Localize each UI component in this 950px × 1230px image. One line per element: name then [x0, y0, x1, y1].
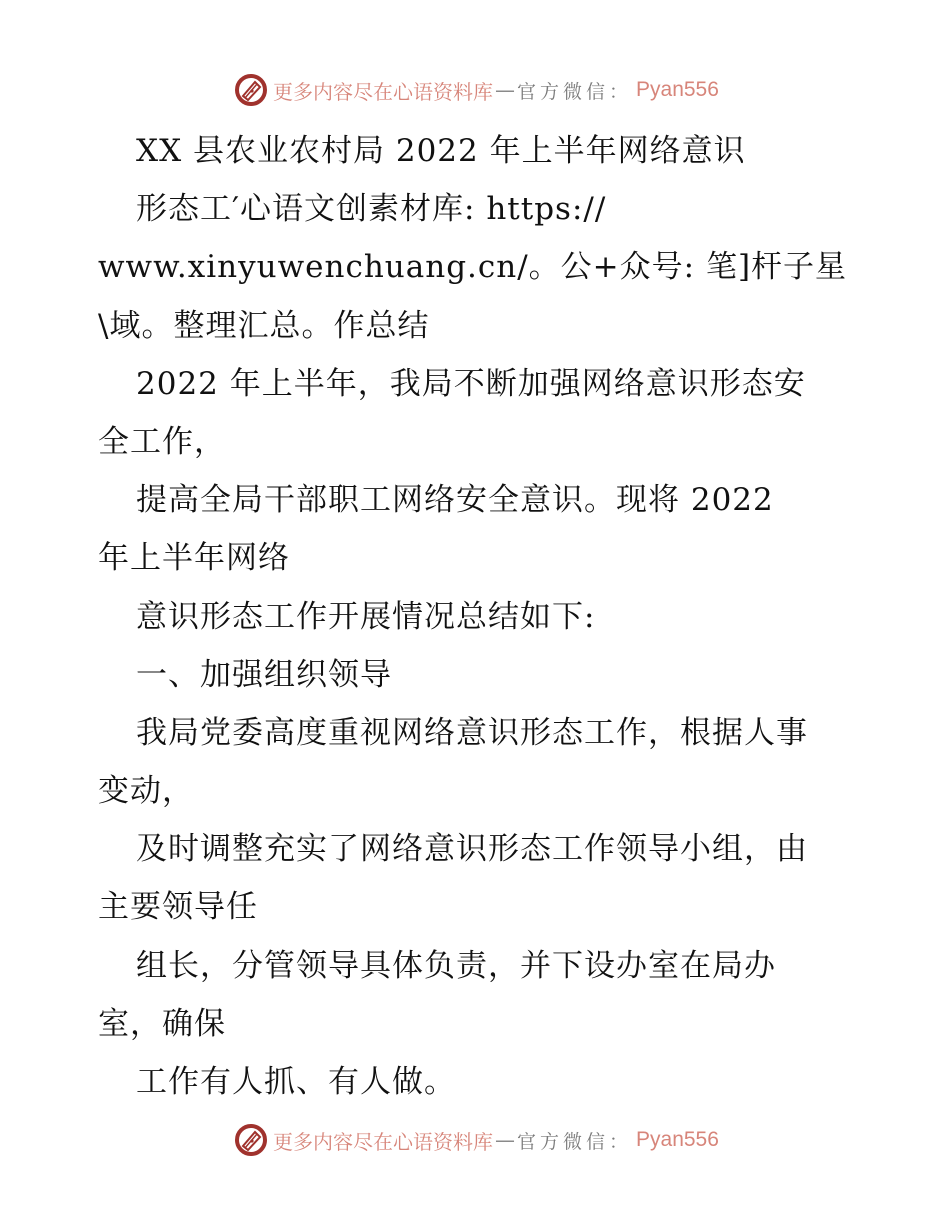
paragraph-line: 全工作， [98, 413, 858, 471]
paragraph-line: 年上半年网络 [98, 529, 858, 587]
footer-watermark: 更多内容尽在心语资料库 — 官方微信： Pyan556 [233, 1120, 719, 1160]
title-line-4: \域。整理汇总。作总结 [98, 297, 858, 355]
document-body: XX 县农业农村局 2022 年上半年网络意识 形态工′心语文创素材库: htt… [98, 122, 858, 1111]
section-heading: 一、加强组织领导 [98, 646, 858, 704]
watermark-official-label: 官方微信： [517, 77, 632, 104]
paragraph-line: 变动， [98, 762, 858, 820]
watermark-wechat-id: Pyan556 [636, 78, 719, 102]
paragraph-line: 2022 年上半年，我局不断加强网络意识形态安 [98, 355, 858, 413]
pen-nib-logo-icon [233, 1122, 269, 1158]
watermark-dash: — [495, 1128, 515, 1152]
watermark-main-text: 更多内容尽在心语资料库 [273, 76, 493, 105]
watermark-main-text: 更多内容尽在心语资料库 [273, 1126, 493, 1155]
paragraph-line: 室，确保 [98, 995, 858, 1053]
header-watermark: 更多内容尽在心语资料库 — 官方微信： Pyan556 [233, 70, 719, 110]
paragraph-line: 主要领导任 [98, 878, 858, 936]
paragraph-line: 工作有人抓、有人做。 [98, 1053, 858, 1111]
paragraph-line: 提高全局干部职工网络安全意识。现将 2022 [98, 471, 858, 529]
watermark-official-label: 官方微信： [517, 1127, 632, 1154]
title-line-2: 形态工′心语文创素材库: https:// [98, 180, 858, 238]
title-line-3: www.xinyuwenchuang.cn/。公+众号: 笔]杆子星 [98, 238, 858, 296]
paragraph-line: 意识形态工作开展情况总结如下: [98, 588, 858, 646]
pen-nib-logo-icon [233, 72, 269, 108]
watermark-wechat-id: Pyan556 [636, 1128, 719, 1152]
watermark-dash: — [495, 78, 515, 102]
paragraph-line: 组长，分管领导具体负责，并下设办室在局办 [98, 937, 858, 995]
title-line-1: XX 县农业农村局 2022 年上半年网络意识 [98, 122, 858, 180]
paragraph-line: 及时调整充实了网络意识形态工作领导小组，由 [98, 820, 858, 878]
paragraph-line: 我局党委高度重视网络意识形态工作，根据人事 [98, 704, 858, 762]
